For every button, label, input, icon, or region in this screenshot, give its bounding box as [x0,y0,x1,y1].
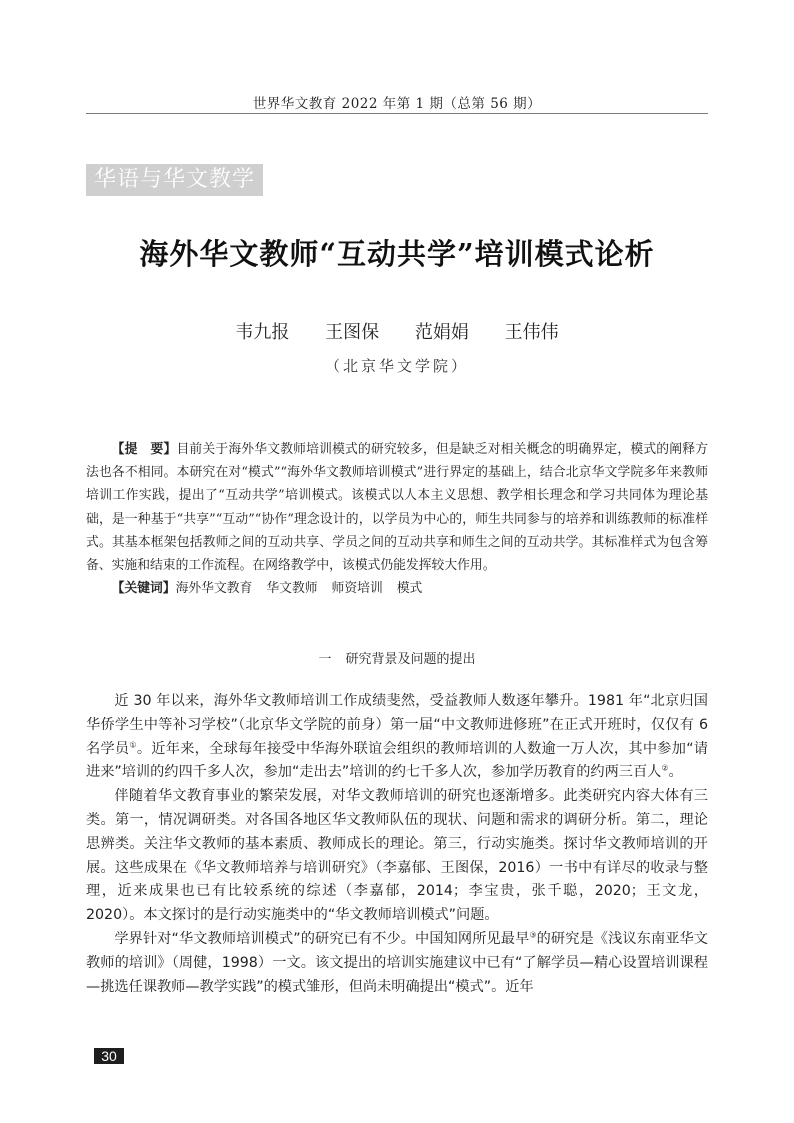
footnote-marker[interactable]: ② [661,764,668,773]
paragraph-text: 学界针对“华文教师培训模式”的研究已有不少。中国知网所见最早 [114,931,529,947]
keyword: 师资培训 [332,581,383,596]
keyword: 华文教师 [266,581,317,596]
page-number: 30 [94,1048,124,1064]
article-title: 海外华文教师“互动共学”培训模式论析 [0,232,794,273]
body-text: 近 30 年以来，海外华文教师培训工作成绩斐然，受益教师人数逐年攀升。1981 … [86,690,708,999]
footnote-marker[interactable]: ① [129,740,136,749]
keywords: 【关键词】海外华文教育华文教师师资培训模式 [86,577,708,600]
running-header: 世界华文教育 2022 年第 1 期（总第 56 期） [86,92,708,112]
paragraph-text: 。近年来，全球每年接受中华海外联谊会组织的教师培训的人数逾一万人次，其中参加“请… [86,741,708,781]
author-name: 范娟娟 [415,322,469,343]
abstract-label: 【提 要】 [112,442,177,457]
section-title: 研究背景及问题的提出 [346,652,476,667]
author-name: 王伟伟 [505,322,559,343]
affiliation: （北京华文学院） [0,355,794,376]
paragraph: 学界针对“华文教师培训模式”的研究已有不少。中国知网所见最早③的研究是《浅议东南… [86,928,708,999]
paragraph: 近 30 年以来，海外华文教师培训工作成绩斐然，受益教师人数逐年攀升。1981 … [86,690,708,785]
author-name: 王图保 [325,322,379,343]
keywords-label: 【关键词】 [112,581,176,596]
abstract: 【提 要】目前关于海外华文教师培训模式的研究较多，但是缺乏对相关概念的明确界定，… [86,438,708,577]
section-number: 一 [318,652,331,667]
column-tag: 华语与华文教学 [86,164,263,196]
paragraph: 伴随着华文教育事业的繁荣发展，对华文教师培训的研究也逐渐增多。此类研究内容大体有… [86,785,708,928]
paragraph-text: 。 [669,764,683,780]
header-rule [86,113,708,114]
footnote-marker[interactable]: ③ [529,930,536,939]
abstract-text: 目前关于海外华文教师培训模式的研究较多，但是缺乏对相关概念的明确界定，模式的阐释… [86,442,708,573]
keyword: 海外华文教育 [176,581,253,596]
abstract-block: 【提 要】目前关于海外华文教师培训模式的研究较多，但是缺乏对相关概念的明确界定，… [86,438,708,600]
author-name: 韦九报 [235,322,289,343]
keyword: 模式 [397,581,423,596]
section-heading: 一研究背景及问题的提出 [0,648,794,667]
author-list: 韦九报 王图保 范娟娟 王伟伟 [0,318,794,344]
